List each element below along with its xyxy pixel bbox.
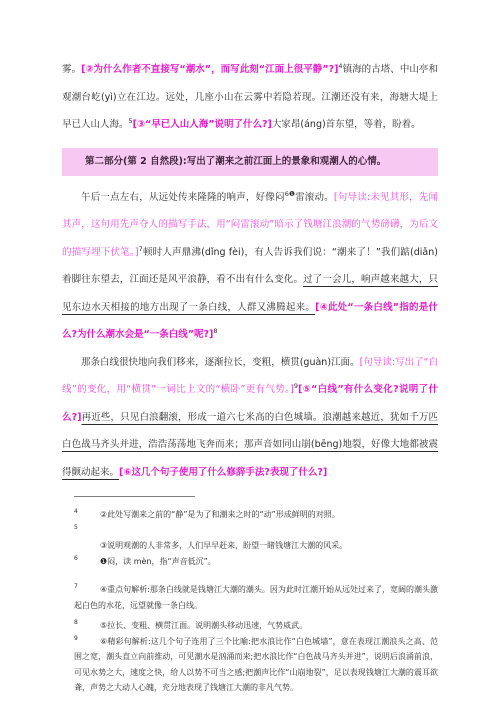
section-header-part2: 第二部分(第 2 自然段):写出了潮来之前江面上的景象和观潮人的心情。 xyxy=(62,148,438,176)
textbook-page: 雾。[②为什么作者不直接写“潮水”，而写此刻“江面上很平静”?]4镇海的古塔、中… xyxy=(0,0,500,707)
body-text-run: 那条白线很快地向我们移来，逐渐拉长，变粗，横贯(guàn)江面。 xyxy=(81,357,360,368)
footnote-text: ②此处写潮来之前的“静”是为了和潮来之时的“动”形成鲜明的对照。 xyxy=(100,510,340,519)
footnote-text: ❶闷，读 mèn，指“声音低沉”。 xyxy=(100,557,216,566)
paragraph-tide-approaching: 午后一点左右，从远处传来隆隆的响声，好像闷6❶雷滚动。[句导读:未见其形，先闻其… xyxy=(62,184,438,349)
body-text-run: 雾。 xyxy=(62,64,81,75)
footnote: ③说明观潮的人非常多，人们早早赶来，盼望一睹钱塘江大潮的风采。 xyxy=(62,538,438,554)
question-annotation-6: [⑥这几个句子使用了什么修辞手法?表现了什么?] xyxy=(119,467,327,478)
footnote: 7④重点句解析:那条白线就是钱塘江大潮的潮头。因为此时江潮开始从远处过来了，宽阔… xyxy=(62,582,438,613)
footnote: 5 xyxy=(62,523,438,539)
footnote: 8⑤拉长、变粗、横贯江面。说明潮头移动迅速，气势威武。 xyxy=(62,618,438,634)
body-text-run: 大家昂(áng)首东望，等着，盼着。 xyxy=(272,119,421,130)
footnote-text: ④重点句解析:那条白线就是钱塘江大潮的潮头。因为此时江潮开始从远处过来了，宽阔的… xyxy=(74,585,438,610)
footnote-ref-6: 6❶ xyxy=(285,189,295,197)
footnote-separator-rule xyxy=(74,496,195,497)
footnote: 6❶闷，读 mèn，指“声音低沉”。 xyxy=(62,554,438,570)
footnote-text: ⑤拉长、变粗、横贯江面。说明潮头移动迅速，气势威武。 xyxy=(100,621,307,630)
footnote-text: ③说明观潮的人非常多，人们早早赶来，盼望一睹钱塘江大潮的风采。 xyxy=(100,541,347,550)
body-text-run: 雷滚动。 xyxy=(295,192,334,203)
footnote: 4②此处写潮来之前的“静”是为了和潮来之时的“动”形成鲜明的对照。 xyxy=(62,507,438,523)
footnote-text: ⑥精彩句解析:这几个句子连用了三个比喻:把水浪比作“白色城墙”，意在表现江潮浪头… xyxy=(74,637,438,693)
body-text-run: 午后一点左右，从远处传来隆隆的响声，好像闷 xyxy=(81,192,285,203)
question-annotation-2: [②为什么作者不直接写“潮水”，而写此刻“江面上很平静”?] xyxy=(81,64,338,75)
footnotes-section: 4②此处写潮来之前的“静”是为了和潮来之时的“动”形成鲜明的对照。 5 ③说明观… xyxy=(62,496,438,696)
lesson-body-text: 雾。[②为什么作者不直接写“潮水”，而写此刻“江面上很平静”?]4镇海的古塔、中… xyxy=(62,0,438,486)
paragraph-tide-before: 雾。[②为什么作者不直接写“潮水”，而写此刻“江面上很平静”?]4镇海的古塔、中… xyxy=(62,56,438,139)
paragraph-white-line: 那条白线很快地向我们移来，逐渐拉长，变粗，横贯(guàn)江面。[句导读:写出了… xyxy=(62,349,438,487)
footnote: 9⑥精彩句解析:这几个句子连用了三个比喻:把水浪比作“白色城墙”，意在表现江潮浪… xyxy=(62,634,438,696)
question-annotation-3: [③“早已人山人海”说明了什么?] xyxy=(133,119,272,130)
footnote-ref-8: 8 xyxy=(213,327,217,335)
